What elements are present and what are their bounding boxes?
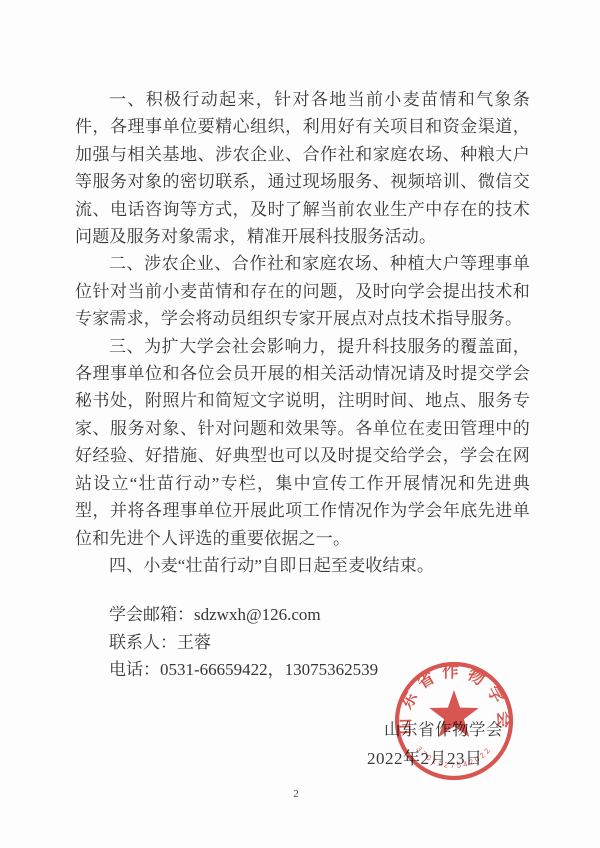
contact-person: 联系人：王蓉 xyxy=(75,629,530,657)
page-number: 2 xyxy=(0,788,592,800)
paragraph-2: 二、涉农企业、合作社和家庭农场、种植大户等理事单位针对当前小麦苗情和存在的问题，… xyxy=(75,250,530,332)
paragraph-1: 一、积极行动起来，针对各地当前小麦苗情和气象条件，各理事单位要精心组织，利用好有… xyxy=(75,86,530,250)
document-page: 一、积极行动起来，针对各地当前小麦苗情和气象条件，各理事单位要精心组织，利用好有… xyxy=(0,0,600,848)
paragraph-3: 三、为扩大学会社会影响力，提升科技服务的覆盖面，各理事单位和各位会员开展的相关活… xyxy=(75,333,530,552)
signature-organization: 山东省作物学会 xyxy=(384,716,503,740)
contact-phone: 电话：0531-66659422，13075362539 xyxy=(75,656,530,684)
contact-block: 学会邮箱：sdzwxh@126.com 联系人：王蓉 电话：0531-66659… xyxy=(75,601,530,684)
contact-email: 学会邮箱：sdzwxh@126.com xyxy=(75,601,530,629)
document-body: 一、积极行动起来，针对各地当前小麦苗情和气象条件，各理事单位要精心组织，利用好有… xyxy=(75,86,530,579)
paragraph-4: 四、小麦“壮苗行动”自即日起至麦收结束。 xyxy=(75,552,530,579)
signature-date: 2022年2月23日 xyxy=(367,744,483,769)
